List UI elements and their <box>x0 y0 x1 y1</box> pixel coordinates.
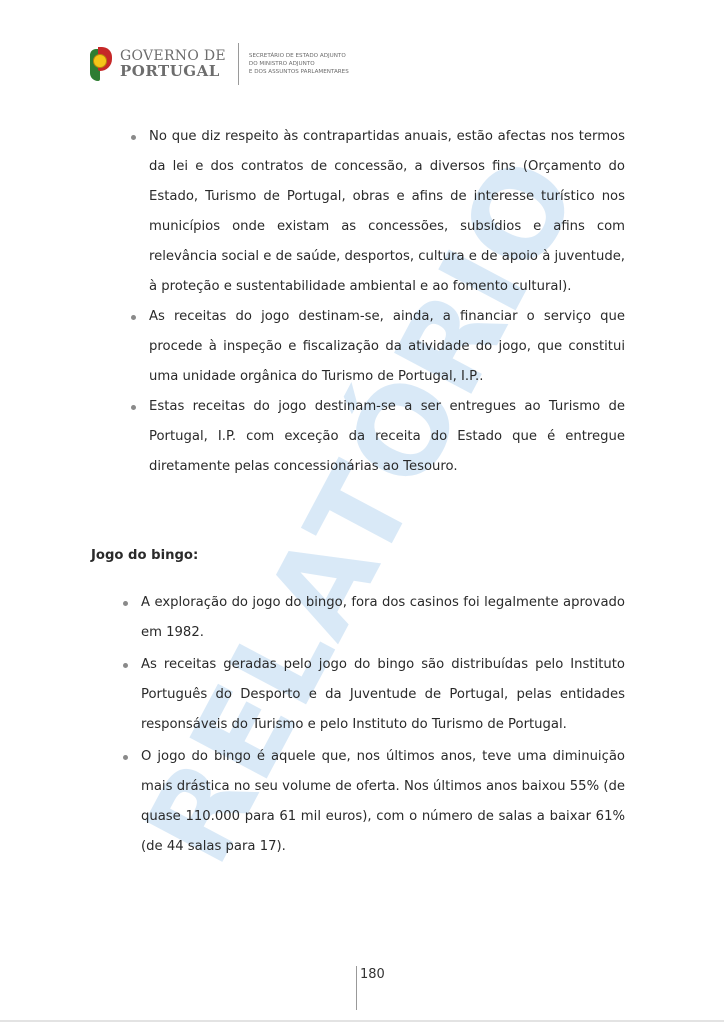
logo-line-1: GOVERNO DE <box>120 49 226 63</box>
list-item-text: O jogo do bingo é aquele que, nos último… <box>141 749 625 854</box>
section-1-bullets: No que diz respeito às contrapartidas an… <box>125 122 625 482</box>
bullet-icon <box>123 755 128 760</box>
list-item-text: Estas receitas do jogo destinam-se a ser… <box>149 399 625 474</box>
logo-line-2: PORTUGAL <box>120 64 226 79</box>
department-line: E DOS ASSUNTOS PARLAMENTARES <box>249 68 349 76</box>
list-item: Estas receitas do jogo destinam-se a ser… <box>125 392 625 482</box>
bullet-icon <box>123 601 128 606</box>
list-item: No que diz respeito às contrapartidas an… <box>125 122 625 302</box>
bullet-icon <box>131 135 136 140</box>
page-edge <box>0 1020 724 1022</box>
list-item-text: A exploração do jogo do bingo, fora dos … <box>141 595 625 640</box>
bullet-icon <box>123 663 128 668</box>
list-item: As receitas geradas pelo jogo do bingo s… <box>117 650 625 740</box>
list-item-text: As receitas geradas pelo jogo do bingo s… <box>141 657 625 732</box>
header-divider <box>238 43 239 85</box>
bullet-icon <box>131 315 136 320</box>
department-line: SECRETÁRIO DE ESTADO ADJUNTO <box>249 52 349 60</box>
department-line: DO MINISTRO ADJUNTO <box>249 60 349 68</box>
portugal-flag-logo-icon <box>90 47 112 81</box>
section-2-bullets: A exploração do jogo do bingo, fora dos … <box>117 588 625 864</box>
bullet-icon <box>131 405 136 410</box>
department-name: SECRETÁRIO DE ESTADO ADJUNTO DO MINISTRO… <box>249 52 349 76</box>
government-logo-text: GOVERNO DE PORTUGAL <box>120 49 226 79</box>
list-item-text: No que diz respeito às contrapartidas an… <box>149 129 625 294</box>
list-item-text: As receitas do jogo destinam-se, ainda, … <box>149 309 625 384</box>
page-number: 180 <box>356 966 385 1010</box>
document-header: GOVERNO DE PORTUGAL SECRETÁRIO DE ESTADO… <box>90 42 349 86</box>
list-item: A exploração do jogo do bingo, fora dos … <box>117 588 625 648</box>
list-item: As receitas do jogo destinam-se, ainda, … <box>125 302 625 392</box>
section-title-bingo: Jogo do bingo: <box>91 548 198 563</box>
list-item: O jogo do bingo é aquele que, nos último… <box>117 742 625 862</box>
